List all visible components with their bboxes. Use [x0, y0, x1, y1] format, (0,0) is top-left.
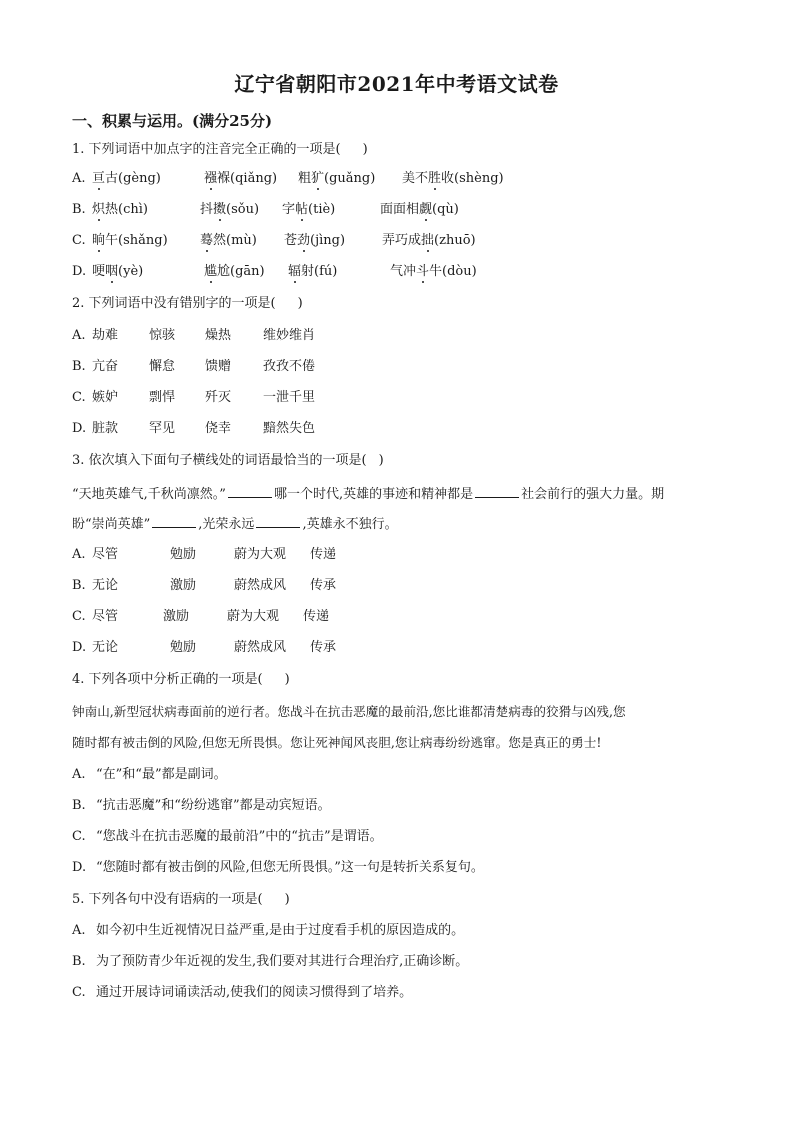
text-segment: A.: [72, 170, 86, 188]
text-segment: 传递: [310, 546, 336, 564]
text-segment: 3. 依次填入下面句子横线处的词语最恰当的一项是(: [72, 453, 367, 468]
text-segment: 通过开展诗词诵读活动,使我们的阅读习惯得到了培养。: [96, 985, 412, 1000]
text-segment: ): [298, 296, 303, 311]
question-4-passage-line-1: 钟南山,新型冠状病毒面前的逆行者。您战斗在抗击恶魔的最前沿,您比谁都清楚病毒的狡…: [72, 703, 626, 721]
question-4-stem: 4. 下列各项中分析正确的一项是(): [72, 671, 290, 689]
text-segment: 燥热: [205, 327, 231, 345]
text-segment: B.: [72, 358, 86, 376]
page-title: 辽宁省朝阳市2021年中考语文试卷: [0, 68, 793, 97]
text-segment: ): [285, 672, 290, 687]
text-segment: 一泄千里: [263, 389, 315, 407]
text-segment: 传承: [310, 577, 336, 595]
option-item: 炽热(chì): [92, 201, 148, 219]
question-3-passage-line-2: 盼“崇尚英雄”,光荣永远,英雄永不独行。: [72, 514, 398, 534]
question-3-passage-line-1: “天地英雄气,千秋尚凛然。”哪一个时代,英雄的事迹和精神都是社会前行的强大力量。…: [72, 484, 664, 504]
emphasis-dot-char: 咽: [105, 264, 118, 279]
text-segment: D.: [72, 420, 86, 438]
question-3-option-b: B. 无论 激励 蔚然成风 传承: [72, 577, 472, 595]
question-4-option-a: A.“在”和“最”都是副词。: [72, 766, 227, 784]
text-segment: 哽: [92, 264, 105, 279]
emphasis-dot-char: 晌: [92, 233, 105, 248]
text-segment: 蔚然成风: [234, 577, 286, 595]
text-segment: D.: [72, 639, 86, 657]
text-segment: 社会前行的强大力量。期: [521, 487, 664, 502]
text-segment: (qù): [432, 202, 459, 217]
text-segment: ,英雄永不独行。: [302, 517, 397, 532]
emphasis-dot-char: 拙: [421, 233, 434, 248]
question-2-option-d: D. 脏款 罕见 侥幸 黯然失色: [72, 420, 472, 438]
text-segment: 传递: [303, 608, 329, 626]
text-segment: C.: [72, 828, 96, 846]
text-segment: 歼灭: [205, 389, 231, 407]
option-item: 弄巧成拙(zhuō): [382, 232, 476, 250]
text-segment: 勉励: [170, 639, 196, 657]
question-1-option-d: D. 哽咽(yè) 尴尬(gān) 辐射(fú) 气冲斗牛(dòu): [72, 263, 732, 281]
text-segment: 惊骇: [149, 327, 175, 345]
question-5-stem: 5. 下列各句中没有语病的一项是(): [72, 891, 290, 909]
option-item: 襁褓(qiǎng): [204, 170, 277, 188]
text-segment: 盼“崇尚英雄”: [72, 517, 150, 532]
text-segment: (guǎng): [324, 171, 375, 186]
text-segment: (jìng): [310, 233, 345, 248]
text-segment: 尽管: [92, 546, 118, 564]
text-segment: 维妙维肖: [263, 327, 315, 345]
emphasis-dot-char: 尴: [204, 264, 217, 279]
emphasis-dot-char: 擞: [213, 202, 226, 217]
text-segment: B.: [72, 577, 86, 595]
option-item: 美不胜收(shèng): [402, 170, 504, 188]
question-1-option-b: B. 炽热(chì) 抖擞(sǒu) 字帖(tiè) 面面相觑(qù): [72, 201, 732, 219]
question-3-option-c: C. 尽管 激励 蔚为大观 传递: [72, 608, 472, 626]
text-segment: 勉励: [170, 546, 196, 564]
text-segment: “在”和“最”都是副词。: [96, 767, 227, 782]
text-segment: 哪一个时代,英雄的事迹和精神都是: [274, 487, 473, 502]
text-segment: 传承: [310, 639, 336, 657]
emphasis-dot-char: 蓦: [200, 233, 213, 248]
text-segment: C.: [72, 232, 86, 250]
question-4-passage-line-2: 随时都有被击倒的风险,但您无所畏惧。您让死神闻风丧胆,您让病毒纷纷逃窜。您是真正…: [72, 734, 601, 752]
text-segment: C.: [72, 984, 96, 1002]
text-segment: 2. 下列词语中没有错别字的一项是(: [72, 296, 276, 311]
question-3-option-a: A. 尽管 勉励 蔚为大观 传递: [72, 546, 472, 564]
text-segment: 孜孜不倦: [263, 358, 315, 376]
text-segment: 侥幸: [205, 420, 231, 438]
question-3-stem: 3. 依次填入下面句子横线处的词语最恰当的一项是(): [72, 452, 384, 470]
question-4-option-b: B.“抗击恶魔”和“纷纷逃窜”都是动宾短语。: [72, 797, 331, 815]
text-segment: B.: [72, 797, 96, 815]
text-segment: A.: [72, 327, 86, 345]
text-segment: 1. 下列词语中加点字的注音完全正确的一项是(: [72, 142, 341, 157]
text-segment: 蔚为大观: [227, 608, 279, 626]
fill-blank-1: [228, 484, 272, 498]
question-1-option-a: A. 亘古(gèng) 襁褓(qiǎng) 粗犷(guǎng) 美不胜收(shè…: [72, 170, 732, 188]
option-item: 面面相觑(qù): [380, 201, 459, 219]
text-segment: 罕见: [149, 420, 175, 438]
text-segment: (sǒu): [226, 202, 259, 217]
text-segment: 激励: [163, 608, 189, 626]
question-1-stem: 1. 下列词语中加点字的注音完全正确的一项是(): [72, 141, 368, 159]
text-segment: B.: [72, 201, 86, 219]
option-item: 抖擞(sǒu): [200, 201, 259, 219]
option-item: 气冲斗牛(dòu): [390, 263, 477, 281]
text-segment: 无论: [92, 639, 118, 657]
text-segment: 馈赠: [205, 358, 231, 376]
text-segment: 然(mù): [213, 233, 257, 248]
option-item: 辐射(fú): [288, 263, 337, 281]
text-segment: “天地英雄气,千秋尚凛然。”: [72, 487, 226, 502]
emphasis-dot-char: 襁: [204, 171, 217, 186]
text-segment: 褓(qiǎng): [217, 171, 277, 186]
emphasis-dot-char: 亘: [92, 171, 105, 186]
text-segment: 懈怠: [149, 358, 175, 376]
text-segment: 牛(dòu): [429, 264, 477, 279]
emphasis-dot-char: 帖: [295, 202, 308, 217]
exam-page: 辽宁省朝阳市2021年中考语文试卷 一、积累与运用。(满分25分) 1. 下列词…: [0, 0, 793, 1122]
text-segment: D.: [72, 263, 86, 281]
question-1-option-c: C. 晌午(shǎng) 蓦然(mù) 苍劲(jìng) 弄巧成拙(zhuō): [72, 232, 732, 250]
option-item: 尴尬(gān): [204, 263, 265, 281]
text-segment: “抗击恶魔”和“纷纷逃窜”都是动宾短语。: [96, 798, 331, 813]
text-segment: “您战斗在抗击恶魔的最前沿”中的“抗击”是谓语。: [96, 829, 383, 844]
text-segment: 收(shèng): [441, 171, 504, 186]
text-segment: 热(chì): [105, 202, 148, 217]
text-segment: 为了预防青少年近视的发生,我们要对其进行合理治疗,正确诊断。: [96, 954, 468, 969]
text-segment: ): [285, 892, 290, 907]
option-item: 哽咽(yè): [92, 263, 143, 281]
option-item: 字帖(tiè): [282, 201, 335, 219]
text-segment: ): [363, 142, 368, 157]
fill-blank-2: [475, 484, 519, 498]
text-segment: D.: [72, 859, 96, 877]
text-segment: C.: [72, 608, 86, 626]
question-2-option-b: B. 亢奋 懈怠 馈赠 孜孜不倦: [72, 358, 472, 376]
text-segment: 蔚为大观: [234, 546, 286, 564]
option-item: 亘古(gèng): [92, 170, 161, 188]
text-segment: 射(fú): [301, 264, 337, 279]
text-segment: C.: [72, 389, 86, 407]
question-5-option-c: C.通过开展诗词诵读活动,使我们的阅读习惯得到了培养。: [72, 984, 412, 1002]
question-3-option-d: D. 无论 勉励 蔚然成风 传承: [72, 639, 472, 657]
question-2-option-c: C. 嫉妒 剽悍 歼灭 一泄千里: [72, 389, 472, 407]
emphasis-dot-char: 犷: [311, 171, 324, 186]
option-item: 苍劲(jìng): [284, 232, 345, 250]
question-2-stem: 2. 下列词语中没有错别字的一项是(): [72, 295, 303, 313]
emphasis-dot-char: 斗: [416, 264, 429, 279]
text-segment: A.: [72, 766, 96, 784]
text-segment: 亢奋: [92, 358, 118, 376]
emphasis-dot-char: 觑: [419, 202, 432, 217]
text-segment: ): [379, 453, 384, 468]
text-segment: 尽管: [92, 608, 118, 626]
text-segment: 4. 下列各项中分析正确的一项是(: [72, 672, 263, 687]
option-item: 晌午(shǎng): [92, 232, 168, 250]
emphasis-dot-char: 胜: [428, 171, 441, 186]
text-segment: 字: [282, 202, 295, 217]
text-segment: 如今初中生近视情况日益严重,是由于过度看手机的原因造成的。: [96, 923, 464, 938]
emphasis-dot-char: 炽: [92, 202, 105, 217]
question-4-option-d: D.“您随时都有被击倒的风险,但您无所畏惧。”这一句是转折关系复句。: [72, 859, 484, 877]
text-segment: 黯然失色: [263, 420, 315, 438]
text-segment: 面面相: [380, 202, 419, 217]
fill-blank-4: [256, 514, 300, 528]
text-segment: B.: [72, 953, 96, 971]
text-segment: 尬(gān): [217, 264, 265, 279]
text-segment: (yè): [118, 264, 143, 279]
text-segment: 脏款: [92, 420, 118, 438]
text-segment: 午(shǎng): [105, 233, 168, 248]
text-segment: ,光荣永远: [198, 517, 254, 532]
text-segment: 剽悍: [149, 389, 175, 407]
question-4-option-c: C.“您战斗在抗击恶魔的最前沿”中的“抗击”是谓语。: [72, 828, 383, 846]
text-segment: (zhuō): [434, 233, 476, 248]
text-segment: 劫难: [92, 327, 118, 345]
text-segment: 苍: [284, 233, 297, 248]
question-2-option-a: A. 劫难 惊骇 燥热 维妙维肖: [72, 327, 472, 345]
text-segment: 弄巧成: [382, 233, 421, 248]
text-segment: (tiè): [308, 202, 335, 217]
text-segment: A.: [72, 546, 86, 564]
text-segment: 蔚然成风: [234, 639, 286, 657]
text-segment: 无论: [92, 577, 118, 595]
fill-blank-3: [152, 514, 196, 528]
text-segment: 古(gèng): [105, 171, 161, 186]
text-segment: 抖: [200, 202, 213, 217]
emphasis-dot-char: 劲: [297, 233, 310, 248]
text-segment: “您随时都有被击倒的风险,但您无所畏惧。”这一句是转折关系复句。: [96, 860, 484, 875]
section-heading: 一、积累与运用。(满分25分): [72, 110, 272, 131]
text-segment: A.: [72, 922, 96, 940]
option-item: 蓦然(mù): [200, 232, 257, 250]
question-5-option-b: B.为了预防青少年近视的发生,我们要对其进行合理治疗,正确诊断。: [72, 953, 468, 971]
text-segment: 美不: [402, 171, 428, 186]
question-5-option-a: A.如今初中生近视情况日益严重,是由于过度看手机的原因造成的。: [72, 922, 464, 940]
text-segment: 粗: [298, 171, 311, 186]
emphasis-dot-char: 辐: [288, 264, 301, 279]
text-segment: 嫉妒: [92, 389, 118, 407]
text-segment: 激励: [170, 577, 196, 595]
text-segment: 5. 下列各句中没有语病的一项是(: [72, 892, 263, 907]
option-item: 粗犷(guǎng): [298, 170, 375, 188]
text-segment: 气冲: [390, 264, 416, 279]
